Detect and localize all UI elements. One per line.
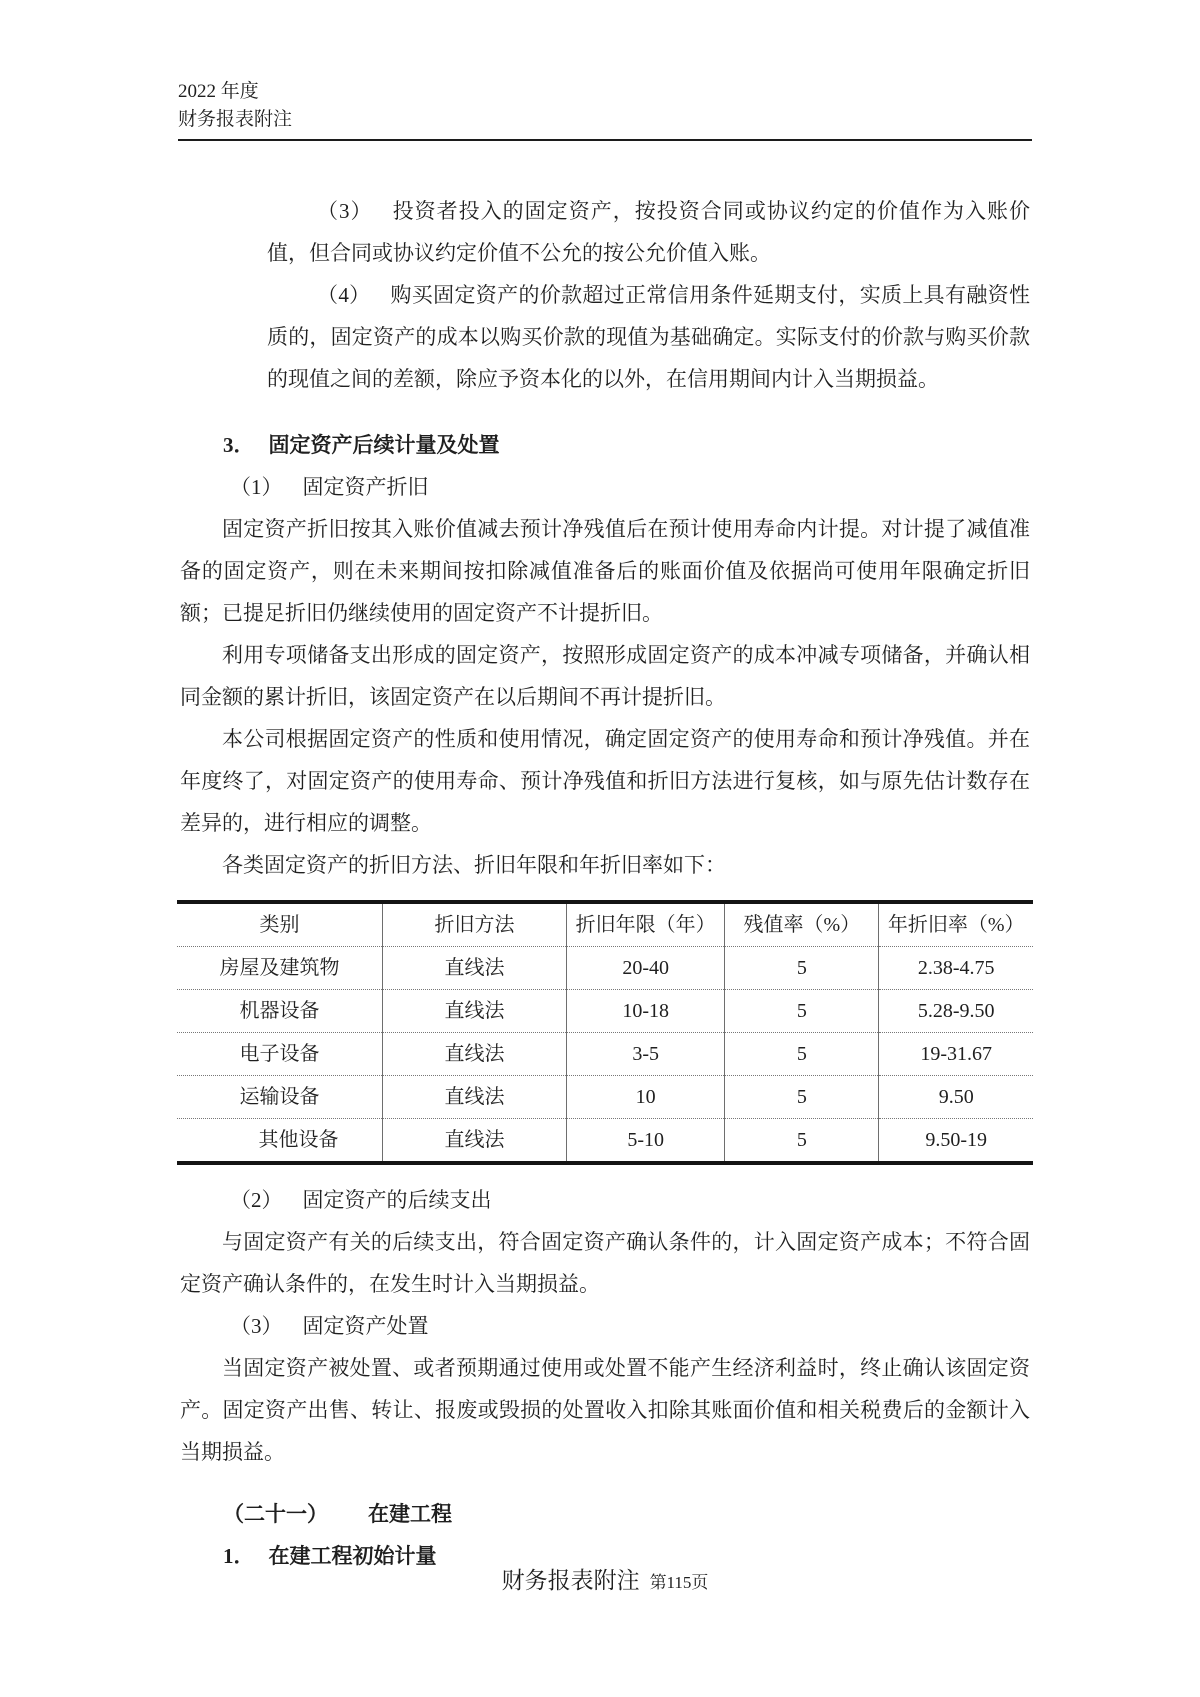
item-4-text: 购买固定资产的价款超过正常信用条件延期支付，实质上具有融资性质的，固定资产的成本… — [267, 283, 1030, 391]
cell-category: 电子设备 — [177, 1033, 382, 1076]
paragraph-disposal: 当固定资产被处置、或者预期通过使用或处置不能产生经济利益时，终止确认该固定资产。… — [180, 1347, 1030, 1473]
col-header-annual-rate: 年折旧率（%） — [879, 902, 1033, 947]
section-21-title: 在建工程 — [368, 1502, 452, 1526]
section-3-title: 固定资产后续计量及处置 — [269, 433, 500, 457]
subsection-2-marker: （2） — [230, 1188, 283, 1212]
header-year: 2022 年度 — [178, 78, 1032, 106]
paragraph-subsequent-expenditure: 与固定资产有关的后续支出，符合固定资产确认条件的，计入固定资产成本；不符合固定资… — [180, 1221, 1030, 1305]
subsection-3-title: 固定资产处置 — [303, 1314, 429, 1338]
cell-residual-rate: 5 — [725, 947, 879, 990]
table-header-row: 类别 折旧方法 折旧年限（年） 残值率（%） 年折旧率（%） — [177, 902, 1033, 947]
paragraph-useful-life-review: 本公司根据固定资产的性质和使用情况，确定固定资产的使用寿命和预计净残值。并在年度… — [180, 718, 1030, 844]
page-header: 2022 年度 财务报表附注 — [178, 78, 1032, 141]
page-footer: 财务报表附注第115页 — [180, 1562, 1030, 1595]
cell-method: 直线法 — [382, 1119, 566, 1164]
footer-title: 财务报表附注 — [502, 1568, 640, 1593]
table-row: 房屋及建筑物 直线法 20-40 5 2.38-4.75 — [177, 947, 1033, 990]
cell-method: 直线法 — [382, 1076, 566, 1119]
col-header-category: 类别 — [177, 902, 382, 947]
subsection-1-title: 固定资产折旧 — [303, 475, 429, 499]
subsection-2-title: 固定资产的后续支出 — [303, 1188, 492, 1212]
cell-category: 房屋及建筑物 — [177, 947, 382, 990]
page: { "header": { "line1": "2022 年度", "line2… — [0, 0, 1200, 1697]
subsection-1-heading: （1）固定资产折旧 — [230, 466, 1030, 508]
col-header-years: 折旧年限（年） — [566, 902, 724, 947]
cell-years: 20-40 — [566, 947, 724, 990]
document-body: （3）投资者投入的固定资产，按投资合同或协议约定的价值作为入账价值，但合同或协议… — [180, 190, 1030, 1577]
cell-residual-rate: 5 — [725, 1033, 879, 1076]
cell-annual-rate: 9.50-19 — [879, 1119, 1033, 1164]
header-doc-title: 财务报表附注 — [178, 106, 1032, 134]
depreciation-table: 类别 折旧方法 折旧年限（年） 残值率（%） 年折旧率（%） 房屋及建筑物 直线… — [177, 900, 1033, 1165]
cell-years: 3-5 — [566, 1033, 724, 1076]
cell-years: 5-10 — [566, 1119, 724, 1164]
paragraph-special-reserve: 利用专项储备支出形成的固定资产，按照形成固定资产的成本冲减专项储备，并确认相同金… — [180, 634, 1030, 718]
cell-category: 其他设备 — [177, 1119, 382, 1164]
paragraph-table-intro: 各类固定资产的折旧方法、折旧年限和年折旧率如下： — [180, 844, 1030, 886]
section-heading-21: （二十一）在建工程 — [223, 1493, 1030, 1535]
paragraph-depreciation-basis: 固定资产折旧按其入账价值减去预计净残值后在预计使用寿命内计提。对计提了减值准备的… — [180, 508, 1030, 634]
table-row: 机器设备 直线法 10-18 5 5.28-9.50 — [177, 990, 1033, 1033]
item-3-text: 投资者投入的固定资产，按投资合同或协议约定的价值作为入账价值，但合同或协议约定价… — [267, 199, 1030, 265]
cell-annual-rate: 5.28-9.50 — [879, 990, 1033, 1033]
footer-page-number: 第115页 — [650, 1573, 709, 1592]
cell-years: 10 — [566, 1076, 724, 1119]
cell-method: 直线法 — [382, 947, 566, 990]
cell-residual-rate: 5 — [725, 990, 879, 1033]
paragraph-item-3: （3）投资者投入的固定资产，按投资合同或协议约定的价值作为入账价值，但合同或协议… — [267, 190, 1030, 274]
cell-category: 机器设备 — [177, 990, 382, 1033]
col-header-residual-rate: 残值率（%） — [725, 902, 879, 947]
subsection-2-heading: （2）固定资产的后续支出 — [230, 1179, 1030, 1221]
section-heading-3: 3．固定资产后续计量及处置 — [223, 424, 1030, 466]
cell-annual-rate: 9.50 — [879, 1076, 1033, 1119]
cell-annual-rate: 2.38-4.75 — [879, 947, 1033, 990]
table-row: 电子设备 直线法 3-5 5 19-31.67 — [177, 1033, 1033, 1076]
table-row: 运输设备 直线法 10 5 9.50 — [177, 1076, 1033, 1119]
cell-method: 直线法 — [382, 1033, 566, 1076]
section-21-number: （二十一） — [223, 1502, 328, 1526]
col-header-method: 折旧方法 — [382, 902, 566, 947]
cell-residual-rate: 5 — [725, 1119, 879, 1164]
cell-method: 直线法 — [382, 990, 566, 1033]
paragraph-item-4: （4）购买固定资产的价款超过正常信用条件延期支付，实质上具有融资性质的，固定资产… — [267, 274, 1030, 400]
section-3-number: 3． — [223, 433, 255, 457]
cell-category: 运输设备 — [177, 1076, 382, 1119]
subsection-3-marker: （3） — [230, 1314, 283, 1338]
cell-residual-rate: 5 — [725, 1076, 879, 1119]
item-4-marker: （4） — [317, 283, 370, 307]
cell-years: 10-18 — [566, 990, 724, 1033]
subsection-1-marker: （1） — [230, 475, 283, 499]
item-3-marker: （3） — [317, 199, 373, 223]
cell-annual-rate: 19-31.67 — [879, 1033, 1033, 1076]
subsection-3-heading: （3）固定资产处置 — [230, 1305, 1030, 1347]
table-row: 其他设备 直线法 5-10 5 9.50-19 — [177, 1119, 1033, 1164]
